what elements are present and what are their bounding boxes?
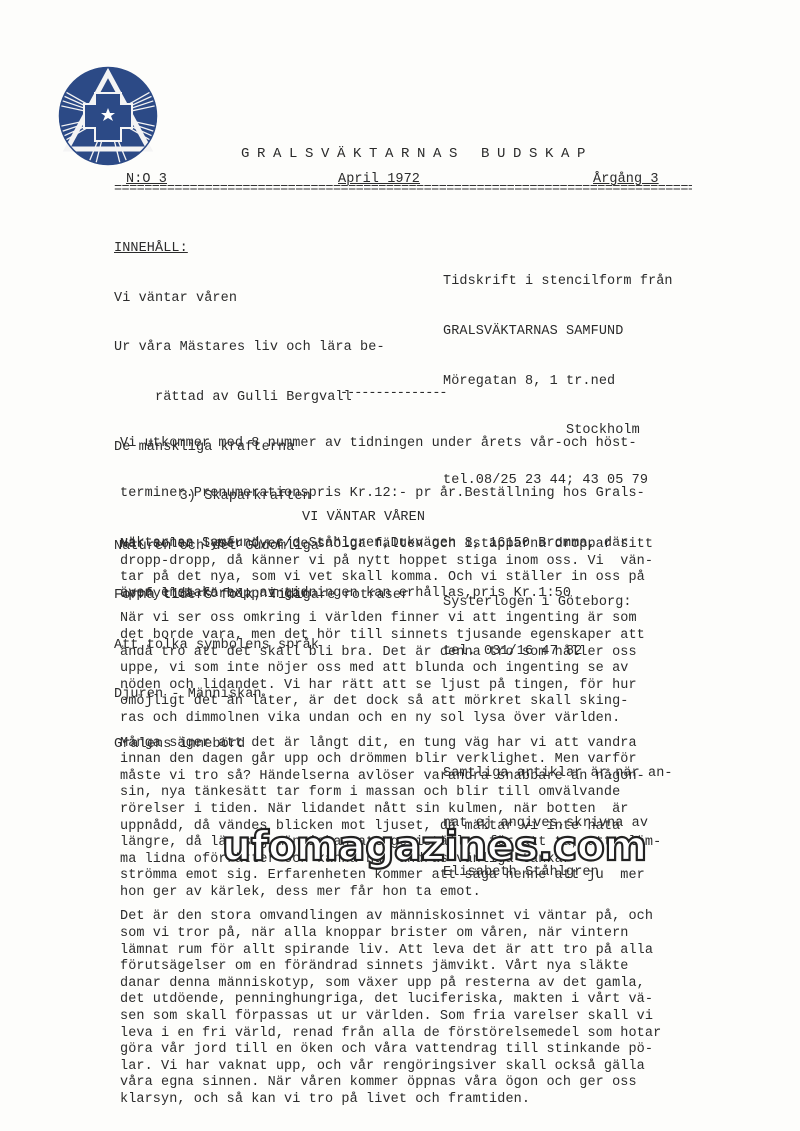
paragraph-line: leva i en fri värld, renad från alla de … bbox=[120, 1026, 661, 1043]
paragraph-line: dropp-dropp, då känner vi på nytt hoppet… bbox=[120, 554, 661, 571]
paragraph-line: Många säger att det är långt dit, en tun… bbox=[120, 736, 661, 753]
paragraph-line: Det är den stora omvandlingen av människ… bbox=[120, 909, 661, 926]
paragraph-line: som vi tror på, när alla knoppar brister… bbox=[120, 926, 661, 943]
paragraph-line: danar denna människotyp, som växer upp p… bbox=[120, 976, 661, 993]
paragraph-line: ändå tro att det skall bli bra. Det är d… bbox=[120, 645, 661, 662]
paragraph-line: strömma emot sig. Erfarenheten kommer at… bbox=[120, 868, 661, 885]
paragraph-line: uppfyllda förhoppningar. bbox=[120, 587, 661, 604]
paragraph-line: förutsägelser om en förändrad sinnets jä… bbox=[120, 959, 661, 976]
paragraph-line: rörelser i tiden. När lidandet nått sin … bbox=[120, 802, 661, 819]
paragraph-line: omöjligt det än låter, är det dock så at… bbox=[120, 694, 661, 711]
paragraph-line: måste vi tro så? Händelserna avlöser var… bbox=[120, 769, 661, 786]
paragraph-line: uppe, vi som inte nöjer oss med att blun… bbox=[120, 661, 661, 678]
info-line: Möregatan 8, 1 tr.ned bbox=[443, 374, 673, 390]
paragraph-line: nöden och lidandet. Vi har rätt att se l… bbox=[120, 678, 661, 695]
section-separator: --------------- bbox=[340, 386, 447, 403]
article-paragraph: Många säger att det är långt dit, en tun… bbox=[120, 736, 661, 902]
info-line: Tidskrift i stencilform från bbox=[443, 274, 673, 290]
article-paragraph: När solen lyser över de snöiga fälten oc… bbox=[120, 537, 661, 603]
paragraph-line: sin, nya tänkesätt tar form i massan och… bbox=[120, 785, 661, 802]
masthead-title: GRALSVÄKTARNAS BUDSKAP bbox=[241, 146, 593, 162]
paragraph-line: hon ger av kärlek, dess mer får hon ta e… bbox=[120, 885, 661, 902]
paragraph-line: våra egna sinnen. När våren kommer öppna… bbox=[120, 1075, 661, 1092]
notice-line: terminer.Prenumerationspris Kr.12:- pr å… bbox=[120, 486, 645, 503]
watermark: ufomagazines.com bbox=[222, 822, 647, 870]
gral-emblem-icon bbox=[57, 65, 159, 167]
notice-line: Vi utkommer med 8 nummer av tidningen un… bbox=[120, 436, 645, 453]
contents-item: Vi väntar våren bbox=[114, 291, 409, 307]
paragraph-line: ras och dimmolnen vika undan och en ny s… bbox=[120, 711, 661, 728]
article-paragraph: När vi ser oss omkring i världen finner … bbox=[120, 611, 661, 727]
paragraph-line: lar. Vi har vaknat upp, och vår rengörin… bbox=[120, 1059, 661, 1076]
header-rule: ========================================… bbox=[114, 182, 692, 198]
paragraph-line: innan den dagen går upp och drömmen blir… bbox=[120, 752, 661, 769]
paragraph-line: det utdöende, penninghungriga, det lucif… bbox=[120, 992, 661, 1009]
paragraph-line: tar på det nya, som vi vet skall komma. … bbox=[120, 570, 661, 587]
info-line: GRALSVÄKTARNAS SAMFUND bbox=[443, 324, 673, 340]
paragraph-line: klarsyn, och så kan vi tro på livet och … bbox=[120, 1092, 661, 1109]
article-paragraph: Det är den stora omvandlingen av människ… bbox=[120, 909, 661, 1108]
article-title: VI VÄNTAR VÅREN bbox=[302, 510, 425, 527]
paragraph-line: lämnat rum för allt spirande liv. Att le… bbox=[120, 943, 661, 960]
paragraph-line: göra vår jord till en öken och våra vatt… bbox=[120, 1042, 661, 1059]
paragraph-line: sen som skall förpassas ut ur världen. S… bbox=[120, 1009, 661, 1026]
paragraph-line: det borde vara, men det hör till sinnets… bbox=[120, 628, 661, 645]
paragraph-line: När vi ser oss omkring i världen finner … bbox=[120, 611, 661, 628]
paragraph-line: När solen lyser över de snöiga fälten oc… bbox=[120, 537, 661, 554]
contents-item: Ur våra Mästares liv och lära be- bbox=[114, 340, 409, 356]
contents-heading: INNEHÅLL: bbox=[114, 241, 409, 257]
